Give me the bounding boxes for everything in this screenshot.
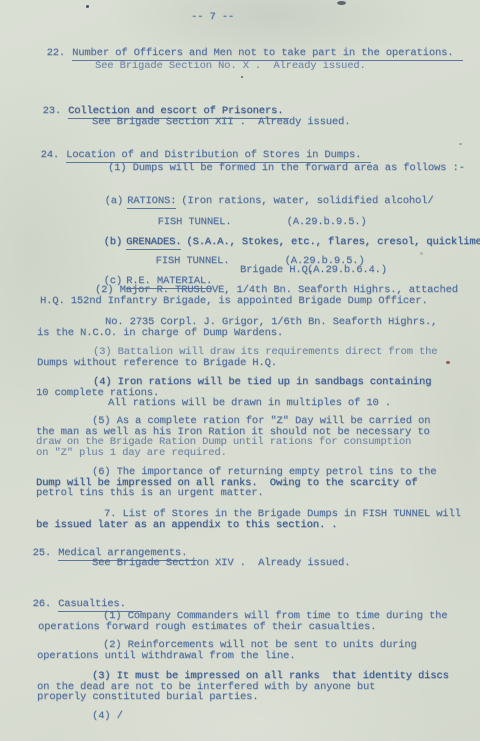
section-22-reference: See Brigade Section No. X . Already issu… (95, 61, 366, 72)
s24-para2b-line2: is the N.C.O. in charge of Dump Wardens. (37, 328, 283, 339)
s26-para4: (4) / (92, 711, 123, 722)
section-24-title: Location of and Distribution of Stores i… (66, 149, 371, 163)
s24-para2b-line1: No. 2735 Corpl. J. Grigor, 1/6th Bn. Sea… (105, 317, 437, 328)
s24-para7-line1: 7. List of Stores in the Brigade Dumps i… (104, 509, 461, 520)
section-24-number: 24. (41, 149, 59, 161)
s24-para6-line1: (6) The importance of returning empty pe… (92, 467, 436, 478)
s24-para3-line2: Dumps without reference to Brigade H.Q. (37, 358, 277, 369)
paper-speck (86, 5, 89, 8)
section-23-number: 23. (43, 105, 61, 117)
s26-para2-line1: (2) Reinforcements will not be sent to u… (103, 640, 417, 651)
s24-item-a-tail: (Iron rations, water, solidified alcohol… (181, 195, 433, 207)
s24-item-c-mapref: (A.29.b.6.4.) (307, 265, 387, 276)
s24-para3-line1: (3) Battalion will draw its requirements… (93, 347, 437, 358)
s24-para4-line1: (4) Iron rations will be tied up in sand… (93, 377, 431, 388)
s24-item-a-label: (a) (105, 195, 123, 207)
s24-item-b-label: (b) (104, 236, 122, 248)
s24-para1: (1) Dumps will be formed in the forward … (108, 163, 465, 174)
section-22-title: Number of Officers and Men not to take p… (72, 47, 463, 61)
section-23-reference: See Brigade Section XII . Already issued… (92, 117, 350, 128)
section-25-reference: See Brigade Section XIV . Already issued… (92, 558, 350, 569)
s24-item-c-place: Brigade H.Q. (240, 265, 314, 276)
s24-para5-line3: draw on the Brigade Ration Dump until ra… (36, 437, 411, 448)
s26-para3-line3: properly constituted burial parties. (37, 692, 258, 703)
s24-para7-line2: be issued later as an appendix to this s… (36, 520, 337, 531)
page-number: -- 7 -- (191, 12, 234, 23)
paper-speck (241, 76, 243, 78)
s26-para2-line2: operations until withdrawal from the lin… (37, 651, 295, 662)
s24-para6-line3: petrol tins this is an urgent matter. (36, 488, 264, 499)
s24-para5-line1: (5) As a complete ration for "Z" Day wil… (92, 416, 430, 427)
s26-para1-line1: (1) Company Commanders will from time to… (103, 611, 447, 622)
section-26-number: 26. (33, 598, 51, 610)
paper-speck (337, 1, 346, 5)
s24-para5-line4: on "Z" plus 1 day are required. (36, 448, 227, 459)
document-page: -- 7 -- 22.Number of Officers and Men no… (0, 0, 480, 741)
s26-para3-line1: (3) It must be impressed on all ranks th… (92, 671, 449, 682)
paper-speck (459, 143, 462, 145)
section-25-number: 25. (33, 547, 51, 559)
s24-para2-line2: H.Q. 152nd Infantry Brigade, is appointe… (40, 296, 428, 307)
paper-speck (446, 361, 450, 364)
s26-para1-line2: operations forward rough estimates of th… (38, 622, 376, 633)
s24-para2-line1: (2) Major R. TRUSLOVE, 1/4th Bn. Seafort… (95, 285, 458, 296)
s24-para4-line3: All rations will be drawn in multiples o… (108, 398, 391, 409)
section-22-number: 22. (47, 47, 65, 59)
